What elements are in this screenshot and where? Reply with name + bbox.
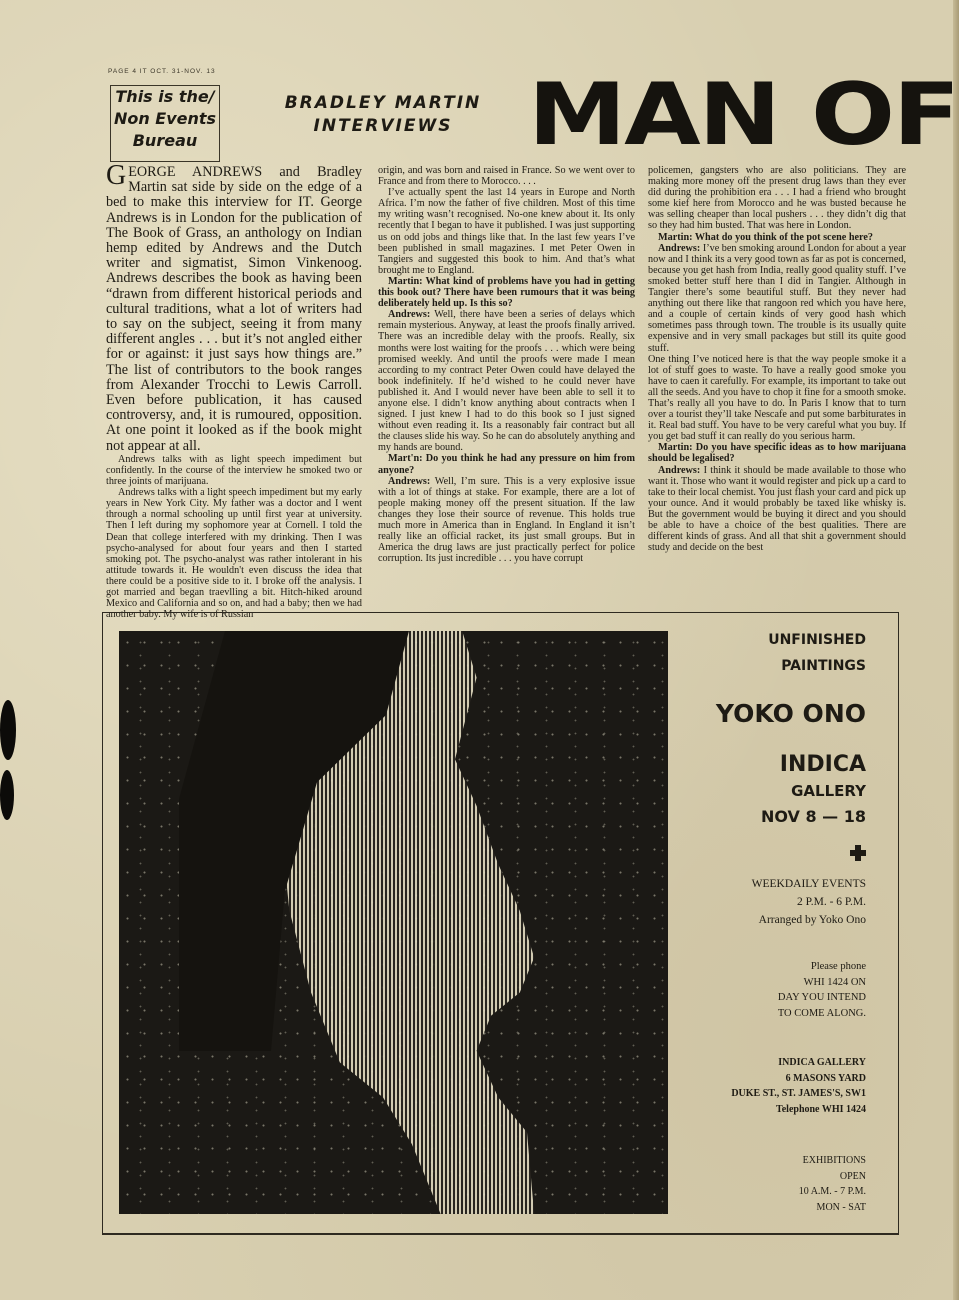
answer: Andrews: Well, there have been a series … — [378, 309, 635, 453]
question: Martin: What kind of problems have you h… — [378, 276, 635, 309]
paragraph: One thing I’ve noticed here is that the … — [648, 354, 906, 443]
ad-hours: EXHIBITIONS OPEN 10 A.M. - 7 P.M. MON - … — [799, 1153, 866, 1215]
answer: Andrews: Well, I’m sure. This is a very … — [378, 476, 635, 565]
ad-venue: INDICA — [780, 751, 866, 779]
ad-events: WEEKDAILY EVENTS 2 P.M. - 6 P.M. Arrange… — [752, 875, 866, 929]
answer: Andrews: I’ve ben smoking around London … — [648, 243, 906, 354]
ad-phone: Please phone WHI 1424 ON DAY YOU INTEND … — [778, 959, 866, 1021]
ad-title: UNFINISHED PAINTINGS — [768, 627, 866, 679]
question: Mart'n: Do you think he had any pressure… — [378, 453, 635, 475]
intro-paragraph: Andrews talks with a light speech impedi… — [106, 487, 362, 620]
lead-paragraph: GEORGE ANDREWS and Bradley Martin sat si… — [106, 165, 362, 454]
ad-dates: NOV 8 — 18 — [761, 807, 866, 827]
question: Martin: What do you think of the pot sce… — [648, 232, 906, 243]
question: Martin: Do you have specific ideas as to… — [648, 442, 906, 464]
ad-address: INDICA GALLERY 6 MASONS YARD DUKE ST., S… — [731, 1055, 866, 1117]
cross-icon — [850, 845, 866, 866]
byline-line: INTERVIEWS — [268, 115, 498, 138]
intro-paragraph: Andrews talks with as light speech imped… — [106, 454, 362, 487]
article-column-2: origin, and was born and raised in Franc… — [378, 165, 635, 564]
box-line: Bureau — [111, 130, 219, 152]
byline: BRADLEY MARTIN INTERVIEWS — [268, 92, 498, 138]
headline: MAN OF — [528, 72, 958, 158]
ad-venue-sub: GALLERY — [791, 781, 866, 801]
page-folio: PAGE 4 IT OCT. 31-NOV. 13 — [108, 68, 216, 75]
ink-blot — [0, 700, 16, 760]
answer: Andrews: I think it should be made avail… — [648, 465, 906, 554]
paragraph: origin, and was born and raised in Franc… — [378, 165, 635, 187]
ad-artist: YOKO ONO — [716, 699, 866, 729]
paragraph: I’ve actually spent the last 14 years in… — [378, 187, 635, 276]
page-edge — [953, 0, 959, 1300]
byline-line: BRADLEY MARTIN — [268, 92, 498, 115]
ink-blot — [0, 770, 14, 820]
article-column-1: GEORGE ANDREWS and Bradley Martin sat si… — [106, 165, 362, 620]
portrait-photo — [119, 631, 668, 1214]
article-column-3: policemen, gangsters who are also politi… — [648, 165, 906, 553]
drop-cap: G — [106, 169, 126, 183]
box-line: Non Events — [111, 108, 219, 130]
box-line: This is the/ — [111, 86, 219, 108]
non-events-bureau-box: This is the/ Non Events Bureau — [110, 85, 220, 162]
yoko-ono-advertisement: UNFINISHED PAINTINGS YOKO ONO INDICA GAL… — [102, 612, 899, 1235]
newspaper-page: PAGE 4 IT OCT. 31-NOV. 13 This is the/ N… — [0, 0, 959, 1300]
paragraph: policemen, gangsters who are also politi… — [648, 165, 906, 232]
